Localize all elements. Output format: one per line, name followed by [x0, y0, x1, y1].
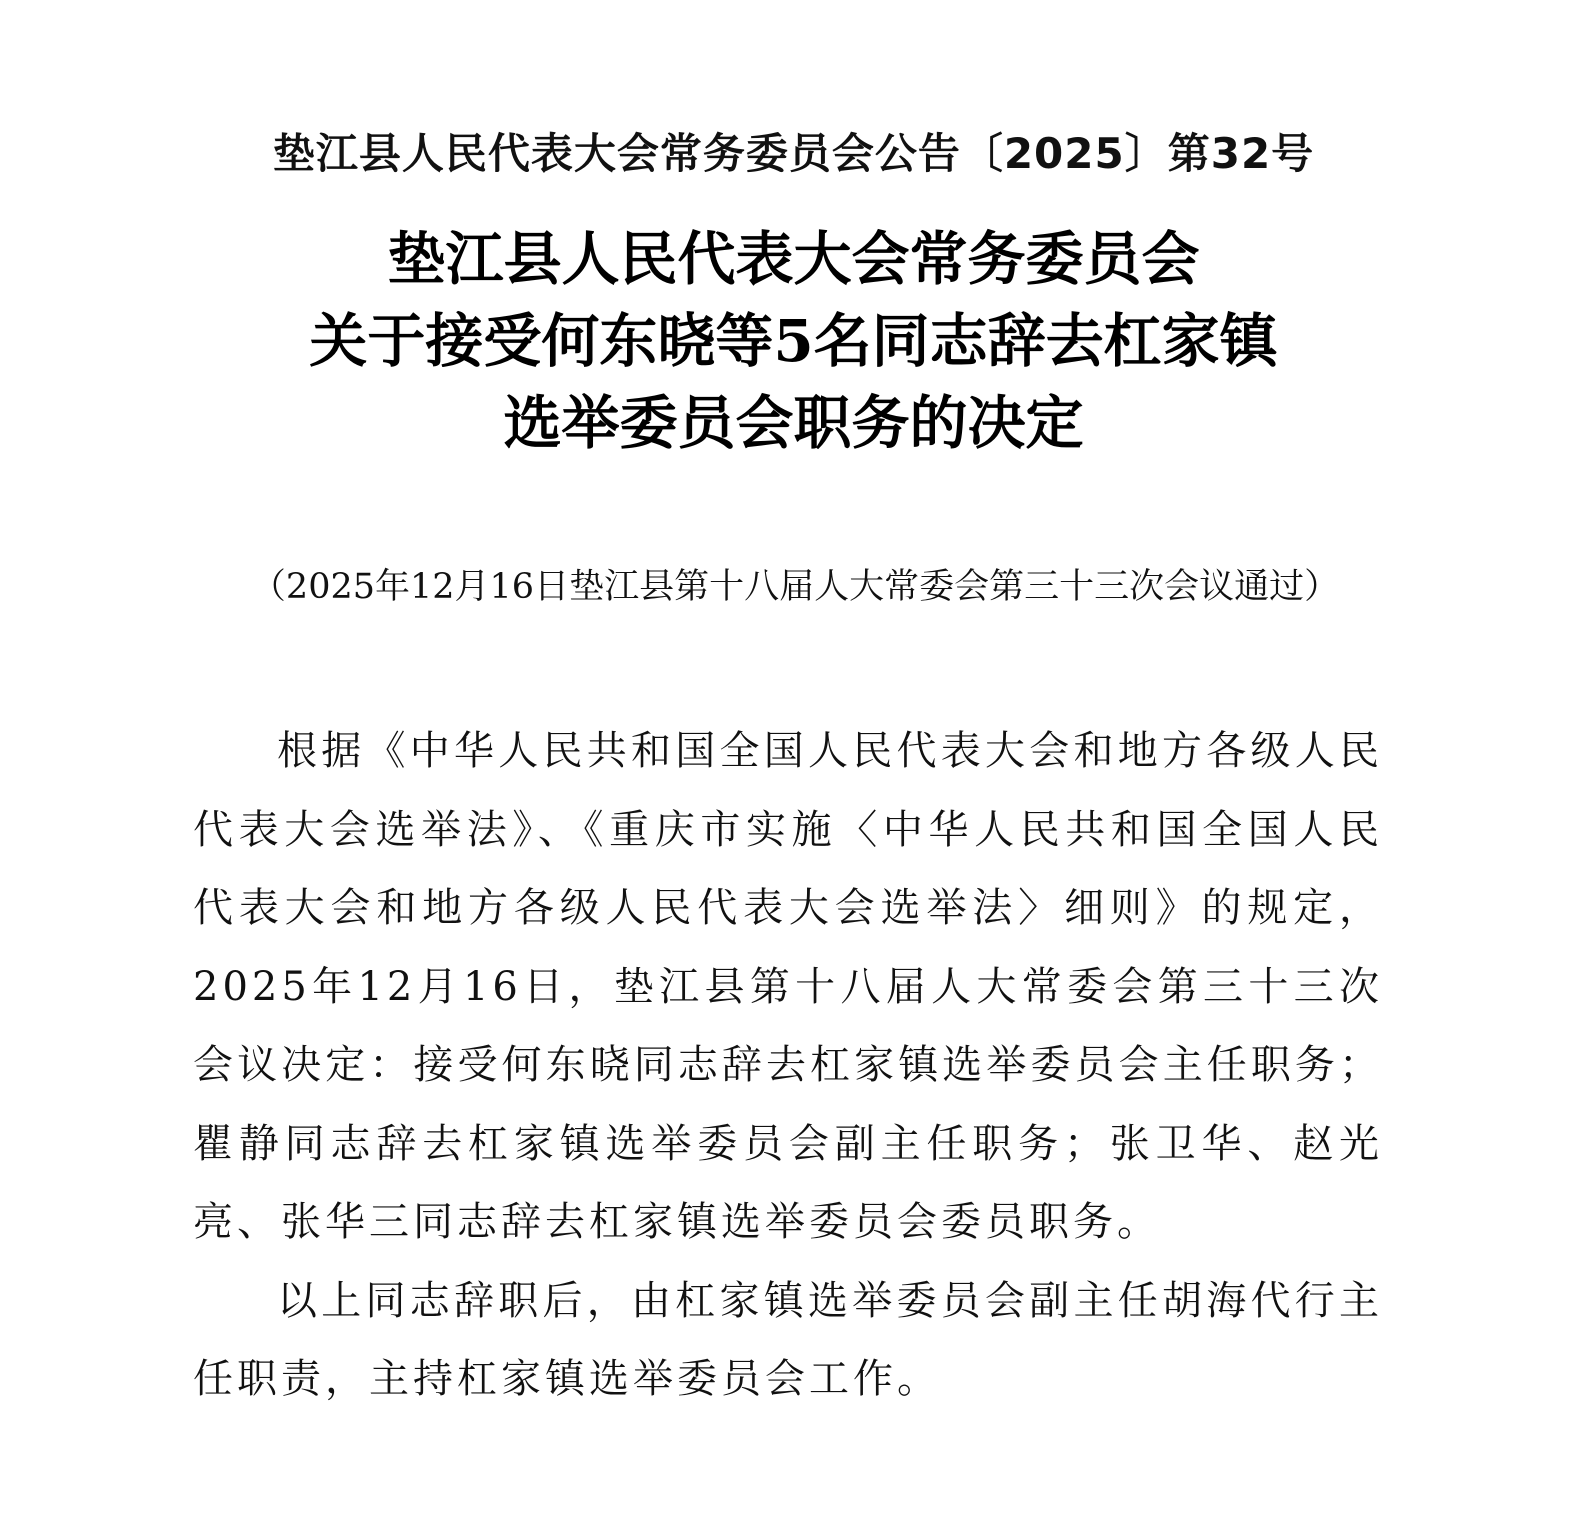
- document-page: 垫江县人民代表大会常务委员会公告〔2025〕第32号 垫江县人民代表大会常务委员…: [0, 0, 1587, 1533]
- body-paragraph-2: 以上同志辞职后，由杠家镇选举委员会副主任胡海代行主任职责，主持杠家镇选举委员会工…: [193, 1262, 1383, 1419]
- notice-number-heading: 垫江县人民代表大会常务委员会公告〔2025〕第32号: [0, 126, 1587, 182]
- title-line-3: 选举委员会职务的决定: [0, 382, 1587, 464]
- adoption-note: （2025年12月16日垫江县第十八届人大常委会第三十三次会议通过）: [195, 562, 1395, 612]
- document-title: 垫江县人民代表大会常务委员会 关于接受何东晓等5名同志辞去杠家镇 选举委员会职务…: [0, 218, 1587, 464]
- title-line-1: 垫江县人民代表大会常务委员会: [0, 218, 1587, 300]
- document-body: 根据《中华人民共和国全国人民代表大会和地方各级人民代表大会选举法》、《重庆市实施…: [193, 712, 1383, 1419]
- title-line-2: 关于接受何东晓等5名同志辞去杠家镇: [0, 300, 1587, 382]
- body-paragraph-1: 根据《中华人民共和国全国人民代表大会和地方各级人民代表大会选举法》、《重庆市实施…: [193, 712, 1383, 1262]
